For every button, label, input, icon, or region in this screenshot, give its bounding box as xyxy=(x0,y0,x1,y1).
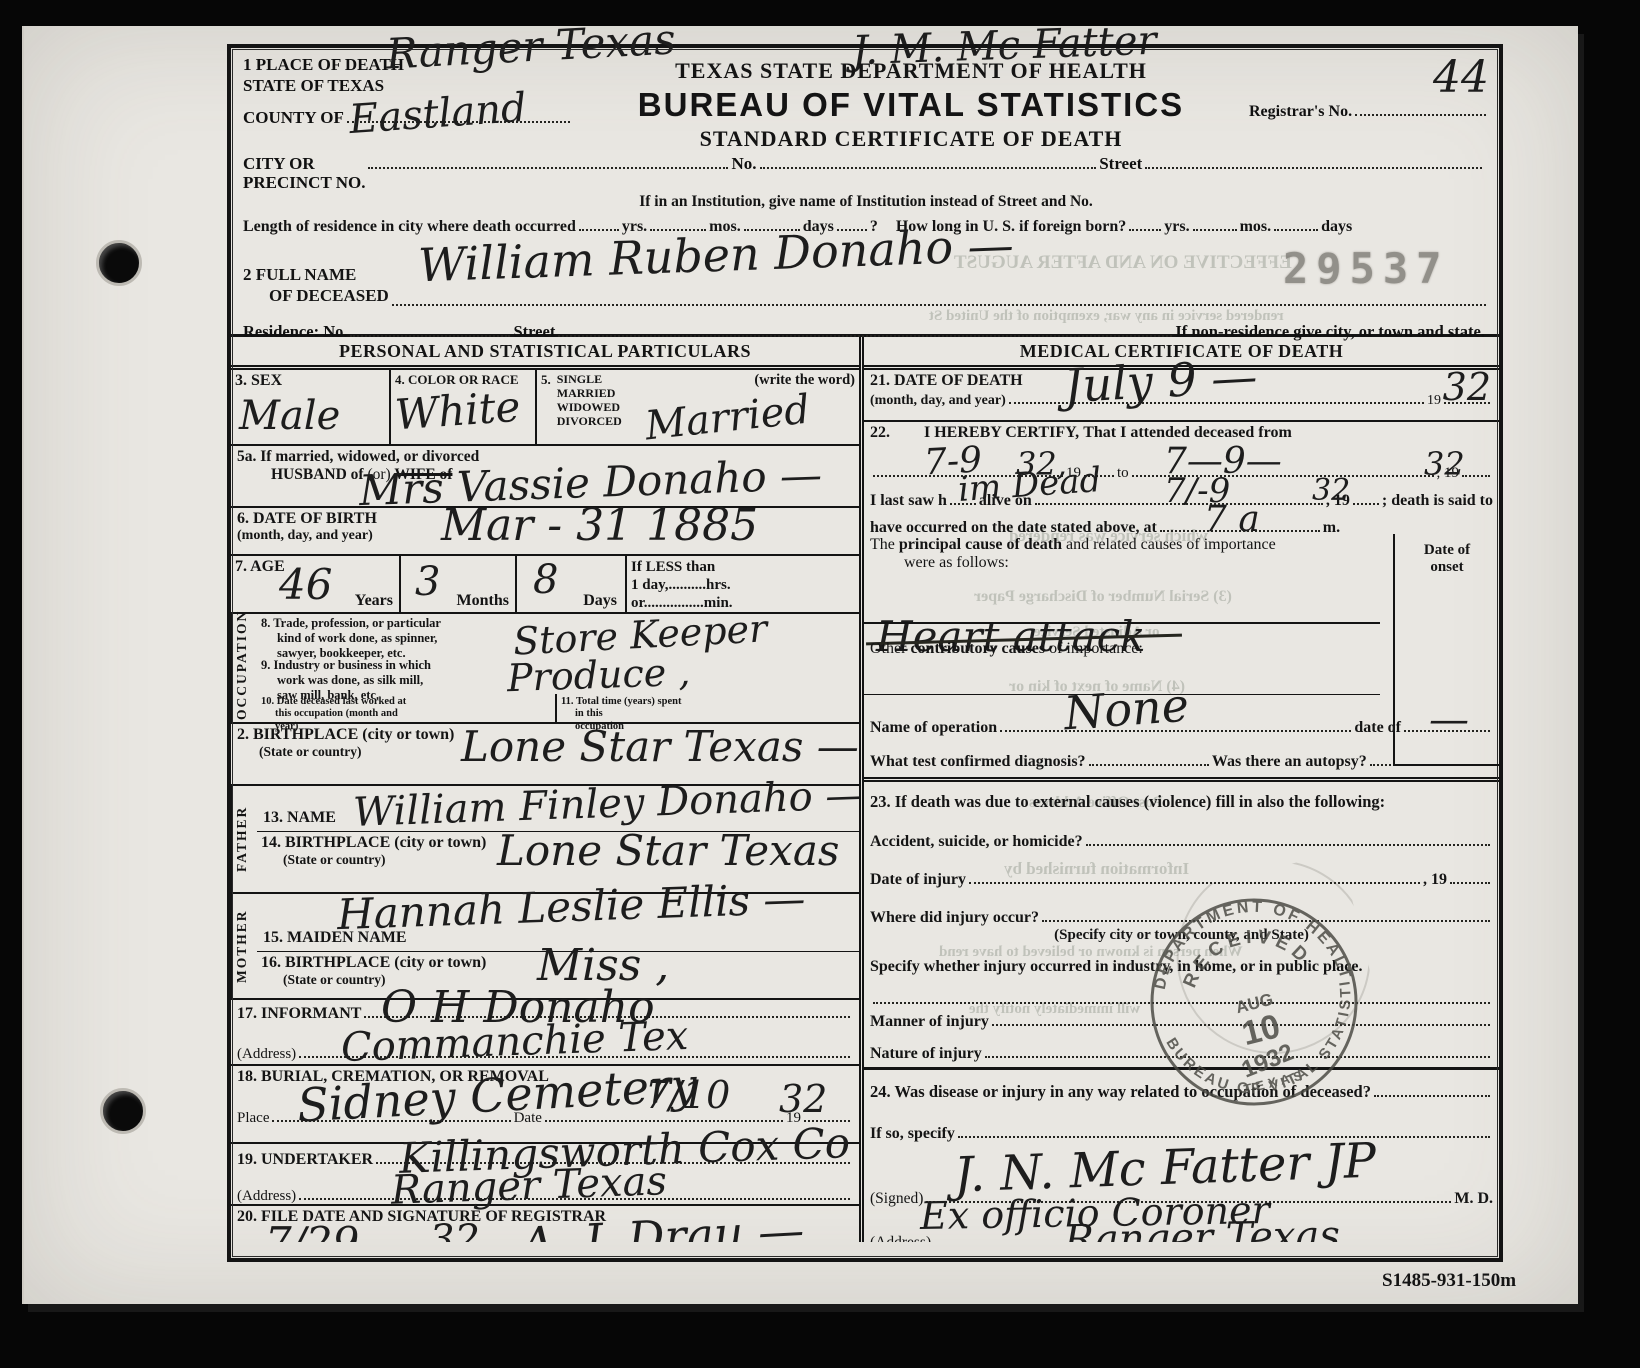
registrar-no-block: Registrar's No. 44 xyxy=(1249,54,1489,152)
punch-hole-top xyxy=(96,240,142,286)
accident-label: Accident, suicide, or homicide? xyxy=(870,833,1083,851)
trade-row: 8. Trade, profession, or particular kind… xyxy=(257,614,859,656)
race-handwritten: White xyxy=(394,386,522,437)
dotted-leader xyxy=(1086,832,1490,846)
burial-place-label: Place xyxy=(237,1110,269,1127)
dotted-leader xyxy=(958,1124,1490,1138)
injury-specify-row: Specify whether injury occurred in indus… xyxy=(864,952,1499,1004)
dotted-leader xyxy=(392,292,1486,306)
age-months-label: Months xyxy=(457,592,509,610)
nature-row: Nature of injury xyxy=(864,1038,1499,1070)
dotted-leader xyxy=(558,323,1172,337)
medical-certificate-column: MEDICAL CERTIFICATE OF DEATH 21. DATE OF… xyxy=(864,337,1499,1242)
to-label: to xyxy=(1117,465,1129,482)
marital-number: 5. xyxy=(541,372,551,442)
attended-to-year-hw: 32 xyxy=(1424,448,1465,480)
dob-handwritten: Mar - 31 1885 xyxy=(441,504,758,548)
file-date-handwritten: 7/29 xyxy=(265,1222,359,1242)
informant-address-label: (Address) xyxy=(237,1046,296,1063)
test-label: What test confirmed diagnosis? xyxy=(870,753,1086,771)
file-year-handwritten: 32 xyxy=(429,1220,480,1242)
marital-cell: 5. SINGLE MARRIED WIDOWED DIVORCED (writ… xyxy=(537,370,859,444)
days-label-2: days xyxy=(1321,218,1352,236)
date-of-onset-box: Date of onset xyxy=(1393,534,1499,766)
street-label: Street xyxy=(1099,154,1142,174)
age-less-than-cell: If LESS than 1 day,..........hrs. or....… xyxy=(627,556,859,612)
sex-race-marital-row: 3. SEX Male 4. COLOR OR RACE White 5. SI… xyxy=(231,370,859,446)
dotted-leader xyxy=(1042,908,1490,922)
form-print-number: S1485-931-150m xyxy=(1382,1270,1516,1292)
injury-where-sub: (Specify city or town, county, and State… xyxy=(870,927,1493,944)
principal-cause-label: The principal cause of death and related… xyxy=(870,536,1390,572)
registrar-signature-row: 20. FILE DATE AND SIGNATURE OF REGISTRAR… xyxy=(231,1206,859,1242)
mos-label-2: mos. xyxy=(1240,218,1272,236)
age-years-handwritten: 46 xyxy=(279,564,332,606)
injury-where-row: Where did injury occur? (Specify city or… xyxy=(864,898,1499,952)
dotted-leader xyxy=(1462,464,1490,477)
date-of-death-sub: (month, day, and year) xyxy=(870,393,1006,410)
external-causes-label: 23. If death was due to external causes … xyxy=(870,792,1493,812)
city-precinct-row: CITY ORPRECINCT NO. No. Street Ranger Te… xyxy=(243,154,1489,192)
occupation-side-label: OCCUPATION xyxy=(231,614,257,722)
certificate-body: PERSONAL AND STATISTICAL PARTICULARS 3. … xyxy=(231,334,1499,1242)
full-name-label: 2 FULL NAME OF DECEASED xyxy=(243,265,389,306)
certificate-title: STANDARD CERTIFICATE OF DEATH xyxy=(573,126,1249,152)
age-days-handwritten: 8 xyxy=(533,560,558,600)
punch-hole-bottom xyxy=(100,1088,146,1134)
dotted-leader xyxy=(969,870,1420,884)
dotted-leader xyxy=(1374,1083,1490,1097)
undertaker-address-handwritten: Ranger Texas xyxy=(390,1161,667,1211)
dotted-leader xyxy=(760,155,1097,169)
ifso-label: If so, specify xyxy=(870,1125,955,1143)
city-or-precinct-label: CITY ORPRECINCT NO. xyxy=(243,155,365,192)
age-label: 7. AGE xyxy=(235,558,285,575)
scanned-death-certificate: J. M. Mc Fatter EFFECTIVE ON AND AFTER A… xyxy=(0,0,1640,1368)
street-no-label: No. xyxy=(731,154,756,174)
dotted-leader xyxy=(579,217,619,231)
certificate-border: 1 PLACE OF DEATH STATE OF TEXAS COUNTY O… xyxy=(227,44,1503,1262)
dotted-leader xyxy=(1355,102,1486,116)
certify-bold-label: I HEREBY CERTIFY, xyxy=(924,424,1079,442)
operation-handwritten: None xyxy=(1063,682,1191,737)
signed-block: (Signed) M. D. (Address) J. N. Mc Fatter… xyxy=(864,1152,1499,1242)
dotted-leader xyxy=(985,1044,1490,1058)
header-titles: TEXAS STATE DEPARTMENT OF HEALTH BUREAU … xyxy=(573,54,1249,152)
injury-specify-label: Specify whether injury occurred in indus… xyxy=(870,958,1493,976)
manner-row: Manner of injury xyxy=(864,1004,1499,1038)
age-days-cell: 8 Days xyxy=(517,556,627,612)
certify-number: 22. xyxy=(870,424,890,442)
dotted-leader xyxy=(1274,217,1318,231)
age-months-cell: 3 Months xyxy=(401,556,517,612)
date-of-death-row: 21. DATE OF DEATH (month, day, and year)… xyxy=(864,370,1499,422)
injury-date-year: , 19 xyxy=(1423,871,1447,889)
dotted-leader xyxy=(873,990,1490,1004)
nature-label: Nature of injury xyxy=(870,1045,982,1063)
dod-year-pre: 19 xyxy=(1427,393,1441,409)
age-less-than-label: If LESS than 1 day,..........hrs. or....… xyxy=(631,558,855,612)
birthplace-handwritten: Lone Star Texas — xyxy=(461,726,859,768)
registrar-no-label: Registrar's No. xyxy=(1249,103,1352,121)
father-side-label: FATHER xyxy=(231,786,257,892)
age-row: 7. AGE 46 Years 3 Months 8 Days xyxy=(231,556,859,614)
marital-options: SINGLE MARRIED WIDOWED DIVORCED xyxy=(557,372,622,442)
total-time-label: 11. Total time (years) spent in this occ… xyxy=(557,694,859,724)
certify-block: 22. I HEREBY CERTIFY, That I attended de… xyxy=(864,422,1499,534)
sex-label: 3. SEX xyxy=(235,372,385,390)
death-said-label: ; death is said to xyxy=(1382,492,1493,510)
occupation-related-row: 24. Was disease or injury in any way rel… xyxy=(864,1070,1499,1112)
age-years-cell: 7. AGE 46 Years xyxy=(231,556,401,612)
undertaker-row: 19. UNDERTAKER (Address) Killingsworth C… xyxy=(231,1144,859,1206)
race-cell: 4. COLOR OR RACE White xyxy=(391,370,537,444)
physician-address-handwritten: Ranger Texas xyxy=(1064,1216,1341,1242)
dotted-leader xyxy=(992,1012,1490,1026)
county-handwritten-value: Eastland xyxy=(348,88,528,140)
dead-overwrite-handwritten: im Dead xyxy=(957,463,1102,507)
age-months-handwritten: 3 xyxy=(415,562,440,602)
signed-md-label: M. D. xyxy=(1454,1190,1493,1208)
age-days-label: Days xyxy=(583,592,617,610)
industry-row: 9. Industry or business in which work wa… xyxy=(257,656,859,694)
last-worked-row: 10. Date deceased last worked at this oc… xyxy=(257,694,859,724)
yrs-label-2: yrs. xyxy=(1164,218,1189,236)
sex-handwritten: Male xyxy=(239,396,340,436)
cause-underline xyxy=(864,622,1380,624)
personal-particulars-column: PERSONAL AND STATISTICAL PARTICULARS 3. … xyxy=(231,337,864,1242)
residence-street-label: Street xyxy=(513,322,555,342)
informant-label: 17. INFORMANT xyxy=(237,1005,361,1023)
dotted-leader xyxy=(1450,870,1490,884)
age-years-label: Years xyxy=(355,592,393,610)
institution-note: If in an Institution, give name of Insti… xyxy=(243,193,1489,211)
dotted-leader xyxy=(1129,217,1161,231)
autopsy-label: Was there an autopsy? xyxy=(1212,753,1367,771)
dotted-leader xyxy=(1193,217,1237,231)
industry-handwritten: Produce , xyxy=(506,653,691,697)
last-worked-label: 10. Date deceased last worked at this oc… xyxy=(257,694,557,724)
dotted-leader xyxy=(1353,492,1379,506)
dod-handwritten: July 9 — xyxy=(1063,353,1258,409)
signed-label: (Signed) xyxy=(870,1190,923,1208)
county-label: COUNTY OF xyxy=(243,107,344,128)
father-birthplace-handwritten: Lone Star Texas xyxy=(497,830,839,872)
external-causes-row: 23. If death was due to external causes … xyxy=(864,782,1499,822)
burial-date-handwritten: 7/10 xyxy=(645,1076,730,1114)
dod-year-handwritten: 32 xyxy=(1443,368,1491,406)
operation-label: Name of operation xyxy=(870,719,997,737)
bureau-title: BUREAU OF VITAL STATISTICS xyxy=(573,86,1249,124)
undertaker-address-label: (Address) xyxy=(237,1188,296,1205)
lastsaw-year-handwritten: 32 xyxy=(1312,476,1350,506)
father-name-label: 13. NAME xyxy=(263,809,336,827)
dotted-leader xyxy=(368,155,728,169)
certify-rest-label: That I attended deceased from xyxy=(1083,424,1292,442)
mother-side-label: MOTHER xyxy=(231,894,257,998)
injury-date-label: Date of injury xyxy=(870,871,966,889)
occupation-block: OCCUPATION 8. Trade, profession, or part… xyxy=(231,614,859,724)
lastsaw-pre-label: I last saw h xyxy=(870,492,947,510)
date-of-birth-row: 6. DATE OF BIRTH (month, day, and year) … xyxy=(231,508,859,556)
paper-page: J. M. Mc Fatter EFFECTIVE ON AND AFTER A… xyxy=(22,26,1578,1304)
cause-section: Date of onset The principal cause of dea… xyxy=(864,534,1499,700)
dotted-leader xyxy=(1145,155,1482,169)
dotted-leader xyxy=(350,323,510,337)
informant-row: 17. INFORMANT (Address) O H Donaho Comma… xyxy=(231,1000,859,1066)
undertaker-label: 19. UNDERTAKER xyxy=(237,1151,373,1169)
serial-number-stamp: 29537 xyxy=(1283,244,1449,293)
registrar-no-value: 44 xyxy=(1433,56,1489,100)
injury-where-label: Where did injury occur? xyxy=(870,909,1039,927)
length-of-residence-label: Length of residence in city where death … xyxy=(243,218,576,236)
manner-label: Manner of injury xyxy=(870,1013,989,1031)
accident-row: Accident, suicide, or homicide? xyxy=(864,822,1499,860)
hour-handwritten: 7 a xyxy=(1204,502,1260,538)
injury-date-row: Date of injury , 19 xyxy=(864,860,1499,898)
occupation-related-label: 24. Was disease or injury in any way rel… xyxy=(870,1082,1371,1102)
husband-of-row: 5a. If married, widowed, or divorced HUS… xyxy=(231,446,859,508)
sex-cell: 3. SEX Male xyxy=(231,370,391,444)
residence-label: Residence: No. xyxy=(243,322,347,342)
burial-year-handwritten: 32 xyxy=(779,1080,827,1118)
dotted-leader xyxy=(1089,752,1209,766)
